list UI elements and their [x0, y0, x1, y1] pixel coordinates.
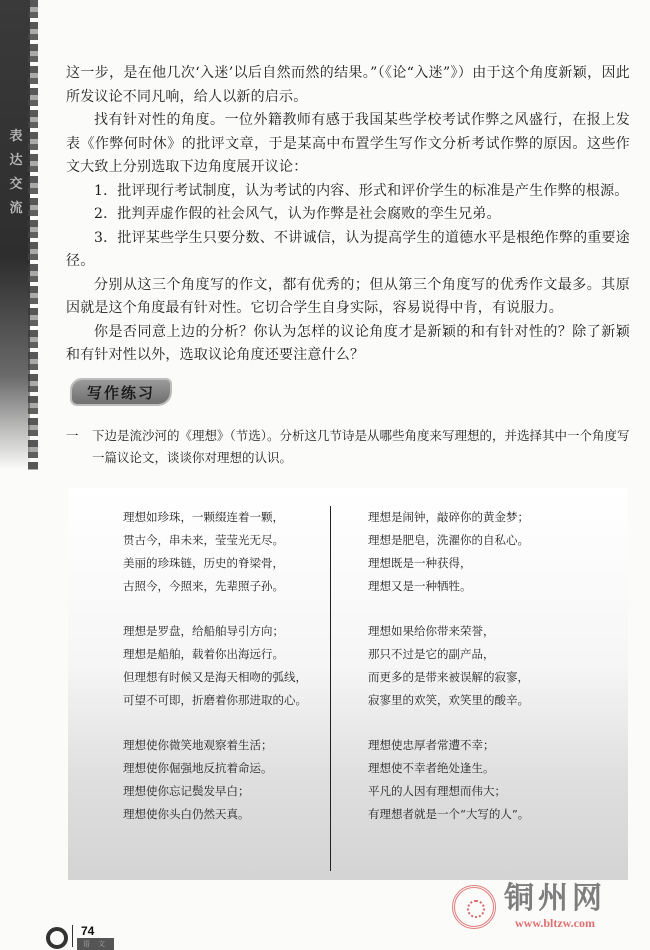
body-text: 这一步，是在他几次‘入迷’以后自然而然的结果。”（《论“入迷”》）由于这个角度新…	[66, 62, 630, 368]
exercise-number: 一	[66, 425, 79, 447]
watermark-url: www.bltzw.com	[515, 916, 595, 931]
divider	[72, 925, 73, 947]
list-item: 2．批判弄虚作假的社会风气，认为作弊是社会腐败的孪生兄弟。	[66, 203, 630, 227]
poem-line: 古照今，今照来，先辈照子孙。	[123, 575, 307, 598]
poem-line: 有理想者就是一个“大写的人”。	[368, 803, 529, 826]
poem-line: 但理想有时候又是海天相吻的弧线，	[123, 666, 307, 689]
poem-line: 那只不过是它的副产品，	[368, 643, 529, 666]
poem-column-left: 理想如珍珠，一颗缀连着一颗， 贯古今，串未来，莹莹光无尽。 美丽的珍珠链，历史的…	[123, 506, 307, 848]
page-info: 74 语 文	[77, 925, 114, 950]
sidebar-label-char: 交	[6, 178, 26, 192]
poem-line: 理想使你头白仍然天真。	[123, 803, 307, 826]
subject-label: 语 文	[77, 938, 114, 950]
poem-stanza: 理想使你微笑地观察着生活； 理想使你倔强地反抗着命运。 理想使你忘记鬓发早白； …	[123, 734, 307, 826]
poem-line: 理想使你微笑地观察着生活；	[123, 734, 307, 757]
sidebar-label-char: 表	[6, 130, 26, 144]
poem-line: 理想是肥皂，洗濯你的自私心。	[368, 529, 529, 552]
paragraph: 这一步，是在他几次‘入迷’以后自然而然的结果。”（《论“入迷”》）由于这个角度新…	[66, 62, 630, 109]
sidebar-section-label: 表 达 交 流	[6, 130, 26, 216]
poem-line: 理想是船舶，载着你出海远行。	[123, 643, 307, 666]
exercise-prompt: 一 下边是流沙河的《理想》（节选）。分析这几节诗是从哪些角度来写理想的，并选择其…	[66, 425, 630, 469]
poem-line: 理想使忠厚者常遭不幸；	[368, 734, 529, 757]
watermark: 铜州网 www.bltzw.com	[452, 882, 606, 931]
poem-stanza: 理想使忠厚者常遭不幸； 理想使不幸者绝处逢生。 平凡的人因有理想而伟大； 有理想…	[368, 734, 529, 826]
watermark-logo-icon	[452, 885, 496, 929]
poem-line: 理想是闹钟，敲碎你的黄金梦；	[368, 506, 529, 529]
poem-stanza: 理想是罗盘，给船舶导引方向； 理想是船舶，载着你出海远行。 但理想有时候又是海天…	[123, 620, 307, 712]
poem-excerpt-box: 理想如珍珠，一颗缀连着一颗， 贯古今，串未来，莹莹光无尽。 美丽的珍珠链，历史的…	[68, 488, 628, 880]
poem-line: 寂寥里的欢笑，欢笑里的酸辛。	[368, 689, 529, 712]
list-item: 1．批评现行考试制度，认为考试的内容、形式和评价学生的标准是产生作弊的根源。	[66, 180, 630, 204]
poem-line: 理想如果给你带来荣誉，	[368, 620, 529, 643]
poem-line: 理想既是一种获得，	[368, 552, 529, 575]
paragraph: 找有针对性的角度。一位外籍教师有感于我国某些学校考试作弊之风盛行，在报上发表《作…	[66, 109, 630, 180]
poem-line: 理想又是一种牺牲。	[368, 575, 529, 598]
poem-line: 美丽的珍珠链，历史的脊梁骨，	[123, 552, 307, 575]
poem-stanza: 理想如果给你带来荣誉， 那只不过是它的副产品， 而更多的是带来被误解的寂寥， 寂…	[368, 620, 529, 712]
page-footer: 74 语 文	[46, 925, 114, 950]
poem-line: 理想使你倔强地反抗着命运。	[123, 757, 307, 780]
poem-line: 理想是罗盘，给船舶导引方向；	[123, 620, 307, 643]
poem-column-right: 理想是闹钟，敲碎你的黄金梦； 理想是肥皂，洗濯你的自私心。 理想既是一种获得， …	[368, 506, 529, 848]
poem-line: 理想使不幸者绝处逢生。	[368, 757, 529, 780]
poem-line: 而更多的是带来被误解的寂寥，	[368, 666, 529, 689]
sidebar-label-char: 流	[6, 202, 26, 216]
poem-stanza: 理想是闹钟，敲碎你的黄金梦； 理想是肥皂，洗濯你的自私心。 理想既是一种获得， …	[368, 506, 529, 598]
paragraph: 你是否同意上边的分析？你认为怎样的议论角度才是新颖的和有针对性的？除了新颖和有针…	[66, 321, 630, 368]
watermark-text: 铜州网 www.bltzw.com	[504, 882, 606, 931]
column-divider	[330, 506, 331, 871]
poem-line: 平凡的人因有理想而伟大；	[368, 780, 529, 803]
paragraph: 分别从这三个角度写的作文，都有优秀的；但从第三个角度写的优秀作文最多。其原因就是…	[66, 274, 630, 321]
ring-icon	[46, 927, 68, 949]
section-title-badge: 写作练习	[72, 380, 170, 404]
poem-line: 贯古今，串未来，莹莹光无尽。	[123, 529, 307, 552]
poem-stanza: 理想如珍珠，一颗缀连着一颗， 贯古今，串未来，莹莹光无尽。 美丽的珍珠链，历史的…	[123, 506, 307, 598]
list-item: 3．批评某些学生只要分数、不讲诚信，认为提高学生的道德水平是根绝作弊的重要途径。	[66, 227, 630, 274]
page-number: 74	[77, 925, 114, 938]
sidebar-band	[0, 0, 30, 470]
sidebar-label-char: 达	[6, 154, 26, 168]
watermark-name: 铜州网	[504, 882, 606, 916]
poem-line: 理想如珍珠，一颗缀连着一颗，	[123, 506, 307, 529]
poem-line: 可望不可即，折磨着你那进取的心。	[123, 689, 307, 712]
poem-line: 理想使你忘记鬓发早白；	[123, 780, 307, 803]
exercise-text: 下边是流沙河的《理想》（节选）。分析这几节诗是从哪些角度来写理想的，并选择其中一…	[92, 425, 630, 469]
